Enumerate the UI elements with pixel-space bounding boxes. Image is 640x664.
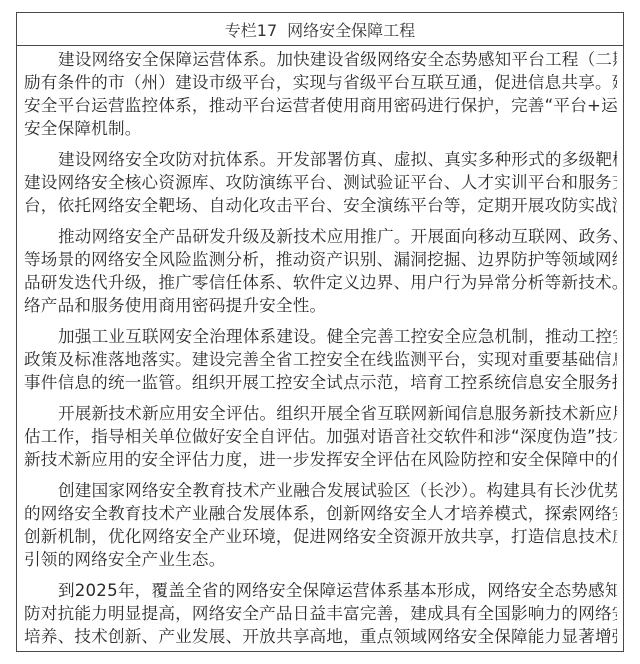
text-line: 到2025年，覆盖全省的网络安全保障运营体系基本形成，网络安全态势感知能力、攻 bbox=[24, 579, 617, 602]
text-line: 开展新技术新应用安全评估。组织开展全省互联网新闻信息服务新技术新应用安全评 bbox=[24, 402, 617, 425]
text-line: 品研发迭代升级，推广零信任体系、软件定义边界、用户行为异常分析等新技术。支持网 bbox=[24, 271, 617, 294]
column-box: 专栏17 网络安全保障工程 建设网络安全保障运营体系。加快建设省级网络安全态势感… bbox=[16, 12, 624, 652]
text-line: 政策及标准落地落实。建设完善全省工控安全在线监测平台，实现对重要基础信息和安全 bbox=[24, 348, 617, 371]
text-line: 的网络安全教育技术产业融合发展体系，创新网络安全人才培养模式，探索网络安全技术 bbox=[24, 502, 617, 525]
paragraph-new-tech-assessment: 开展新技术新应用安全评估。组织开展全省互联网新闻信息服务新技术新应用安全评 估工… bbox=[24, 402, 617, 471]
column-header: 专栏17 网络安全保障工程 bbox=[17, 13, 623, 46]
text-line: 估工作，指导相关单位做好安全自评估。加强对语音社交软件和涉“深度伪造”技术等互联… bbox=[24, 425, 617, 448]
text-line: 防对抗能力明显提高，网络安全产品日益丰富完善，建成具有全国影响力的网络安全人才 bbox=[24, 602, 617, 625]
text-line: 加强工业互联网安全治理体系建设。健全完善工控安全应急机制，推动工控安全管理 bbox=[24, 325, 617, 348]
text-line: 新技术新应用的安全评估力度，进一步发挥安全评估在风险防控和安全保障中的作用。 bbox=[24, 448, 617, 471]
text-line: 建设网络安全攻防对抗体系。开发部署仿真、虚拟、真实多种形式的多级靶标系统， bbox=[24, 148, 617, 171]
paragraph-attack-defense: 建设网络安全攻防对抗体系。开发部署仿真、虚拟、真实多种形式的多级靶标系统， 建设… bbox=[24, 148, 617, 217]
text-line: 培养、技术创新、产业发展、开放共享高地，重点领域网络安全保障能力显著增强。 bbox=[24, 625, 617, 648]
text-line: 安全平台运营监控体系，推动平台运营者使用商用密码进行保护，完善“平台+运营”的信… bbox=[24, 94, 617, 117]
text-line: 建设网络安全核心资源库、攻防演练平台、测试验证平台、人才实训平台和服务支撑平 bbox=[24, 171, 617, 194]
text-line: 台，依托网络安全靶场、自动化攻击平台、安全演练平台等，定期开展攻防实战演练。 bbox=[24, 194, 617, 217]
text-line: 创建国家网络安全教育技术产业融合发展试验区（长沙）。构建具有长沙优势和特色 bbox=[24, 479, 617, 502]
paragraph-security-operations: 建设网络安全保障运营体系。加快建设省级网络安全态势感知平台工程（二期），鼓 励有… bbox=[24, 48, 617, 140]
text-line: 创新机制，优化网络安全产业环境，促进网络安全资源开放共享，打造信息技术应用创新 bbox=[24, 525, 617, 548]
paragraph-pilot-zone: 创建国家网络安全教育技术产业融合发展试验区（长沙）。构建具有长沙优势和特色 的网… bbox=[24, 479, 617, 571]
text-line: 事件信息的统一监管。组织开展工控安全试点示范，培育工控系统信息安全服务提供商。 bbox=[24, 371, 617, 394]
text-line: 引领的网络安全产业生态。 bbox=[24, 548, 617, 571]
paragraph-2025-goals: 到2025年，覆盖全省的网络安全保障运营体系基本形成，网络安全态势感知能力、攻 … bbox=[24, 579, 617, 648]
column-label: 专栏17 bbox=[225, 18, 277, 41]
paragraph-product-rnd: 推动网络安全产品研发升级及新技术应用推广。开展面向移动互联网、政务、车联网 等场… bbox=[24, 225, 617, 317]
text-line: 络产品和服务使用商用密码提升安全性。 bbox=[24, 294, 617, 317]
text-line: 推动网络安全产品研发升级及新技术应用推广。开展面向移动互联网、政务、车联网 bbox=[24, 225, 617, 248]
column-body: 建设网络安全保障运营体系。加快建设省级网络安全态势感知平台工程（二期），鼓 励有… bbox=[17, 46, 623, 648]
text-line: 励有条件的市（州）建设市级平台，实现与省级平台互联互通，促进信息共享。建立网络 bbox=[24, 71, 617, 94]
paragraph-industrial-internet: 加强工业互联网安全治理体系建设。健全完善工控安全应急机制，推动工控安全管理 政策… bbox=[24, 325, 617, 394]
text-line: 等场景的网络安全风险监测分析，推动资产识别、漏洞挖掘、边界防护等领域网络安全产 bbox=[24, 248, 617, 271]
text-line: 建设网络安全保障运营体系。加快建设省级网络安全态势感知平台工程（二期），鼓 bbox=[24, 48, 617, 71]
column-title: 网络安全保障工程 bbox=[287, 18, 415, 41]
text-line: 安全保障机制。 bbox=[24, 117, 617, 140]
